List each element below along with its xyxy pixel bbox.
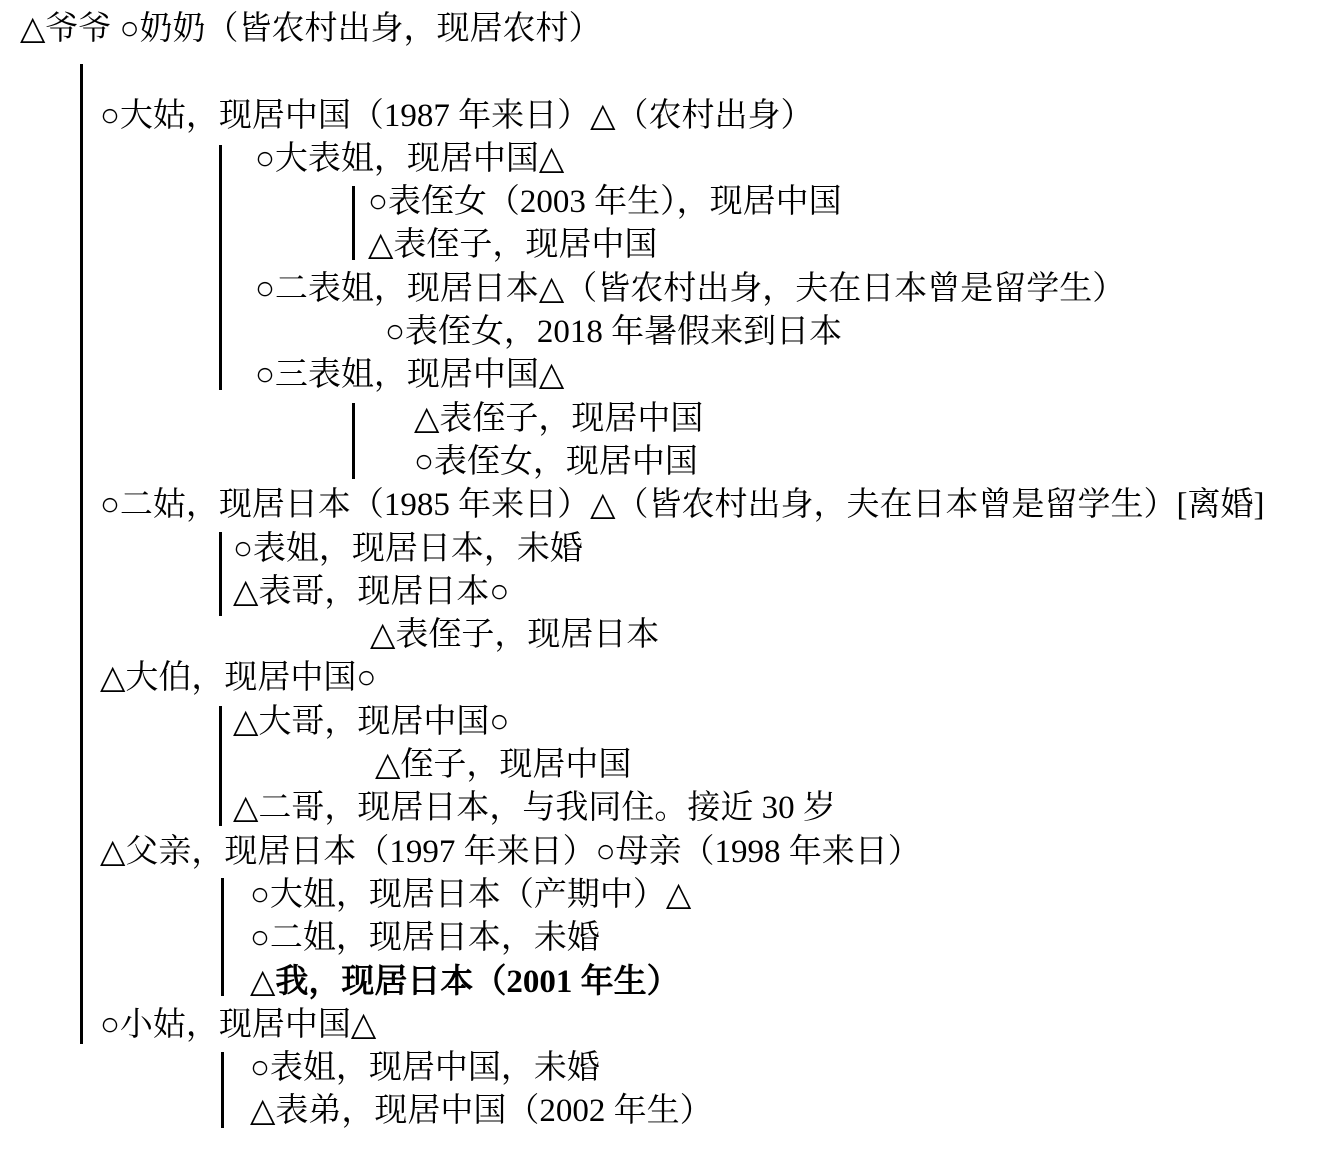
- row-cousin-brother: △表哥，现居日本○: [0, 571, 1318, 614]
- row-eldest-cousin-sister: ○大表姐，现居中国△: [0, 138, 1318, 181]
- row-eldest-aunt: ○大姑，现居中国（1987 年来日）△（农村出身）: [0, 95, 1318, 138]
- row-nephew-china: △侄子，现居中国: [0, 744, 1318, 787]
- row-second-brother: △二哥，现居日本，与我同住。接近 30 岁: [0, 787, 1318, 830]
- family-tree-page: △爷爷 ○奶奶（皆农村出身，现居农村） ○大姑，现居中国（1987 年来日）△（…: [0, 0, 1318, 1154]
- row-second-aunt: ○二姑，现居日本（1985 年来日）△（皆农村出身，夫在日本曾是留学生）[离婚]: [0, 484, 1318, 527]
- row-cousin-younger-brother: △表弟，现居中国（2002 年生）: [0, 1090, 1318, 1133]
- row-cousin-niece-2003: ○表侄女（2003 年生），现居中国: [0, 181, 1318, 224]
- row-second-cousin-sister: ○二表姐，现居日本△（皆农村出身，夫在日本曾是留学生）: [0, 268, 1318, 311]
- row-eldest-uncle: △大伯，现居中国○: [0, 657, 1318, 700]
- row-second-sister: ○二姐，现居日本，未婚: [0, 917, 1318, 960]
- row-eldest-sister: ○大姐，现居日本（产期中）△: [0, 874, 1318, 917]
- blank-line: [0, 51, 1318, 94]
- row-me: △我，现居日本（2001 年生）: [0, 961, 1318, 1004]
- row-third-cousin-sister: ○三表姐，现居中国△: [0, 354, 1318, 397]
- row-cousin-niece-2018: ○表侄女，2018 年暑假来到日本: [0, 311, 1318, 354]
- row-grandparents: △爷爷 ○奶奶（皆农村出身，现居农村）: [0, 8, 1318, 51]
- row-eldest-brother: △大哥，现居中国○: [0, 701, 1318, 744]
- row-cousin-nephew-china-2: △表侄子，现居中国: [0, 398, 1318, 441]
- row-cousin-sister-japan: ○表姐，现居日本，未婚: [0, 528, 1318, 571]
- row-youngest-aunt: ○小姑，现居中国△: [0, 1004, 1318, 1047]
- family-tree: △爷爷 ○奶奶（皆农村出身，现居农村） ○大姑，现居中国（1987 年来日）△（…: [0, 8, 1318, 1134]
- row-cousin-nephew-china-1: △表侄子，现居中国: [0, 224, 1318, 267]
- row-cousin-sister-china: ○表姐，现居中国，未婚: [0, 1047, 1318, 1090]
- row-father-mother: △父亲，现居日本（1997 年来日）○母亲（1998 年来日）: [0, 831, 1318, 874]
- row-cousin-niece-china: ○表侄女，现居中国: [0, 441, 1318, 484]
- row-cousin-nephew-japan: △表侄子，现居日本: [0, 614, 1318, 657]
